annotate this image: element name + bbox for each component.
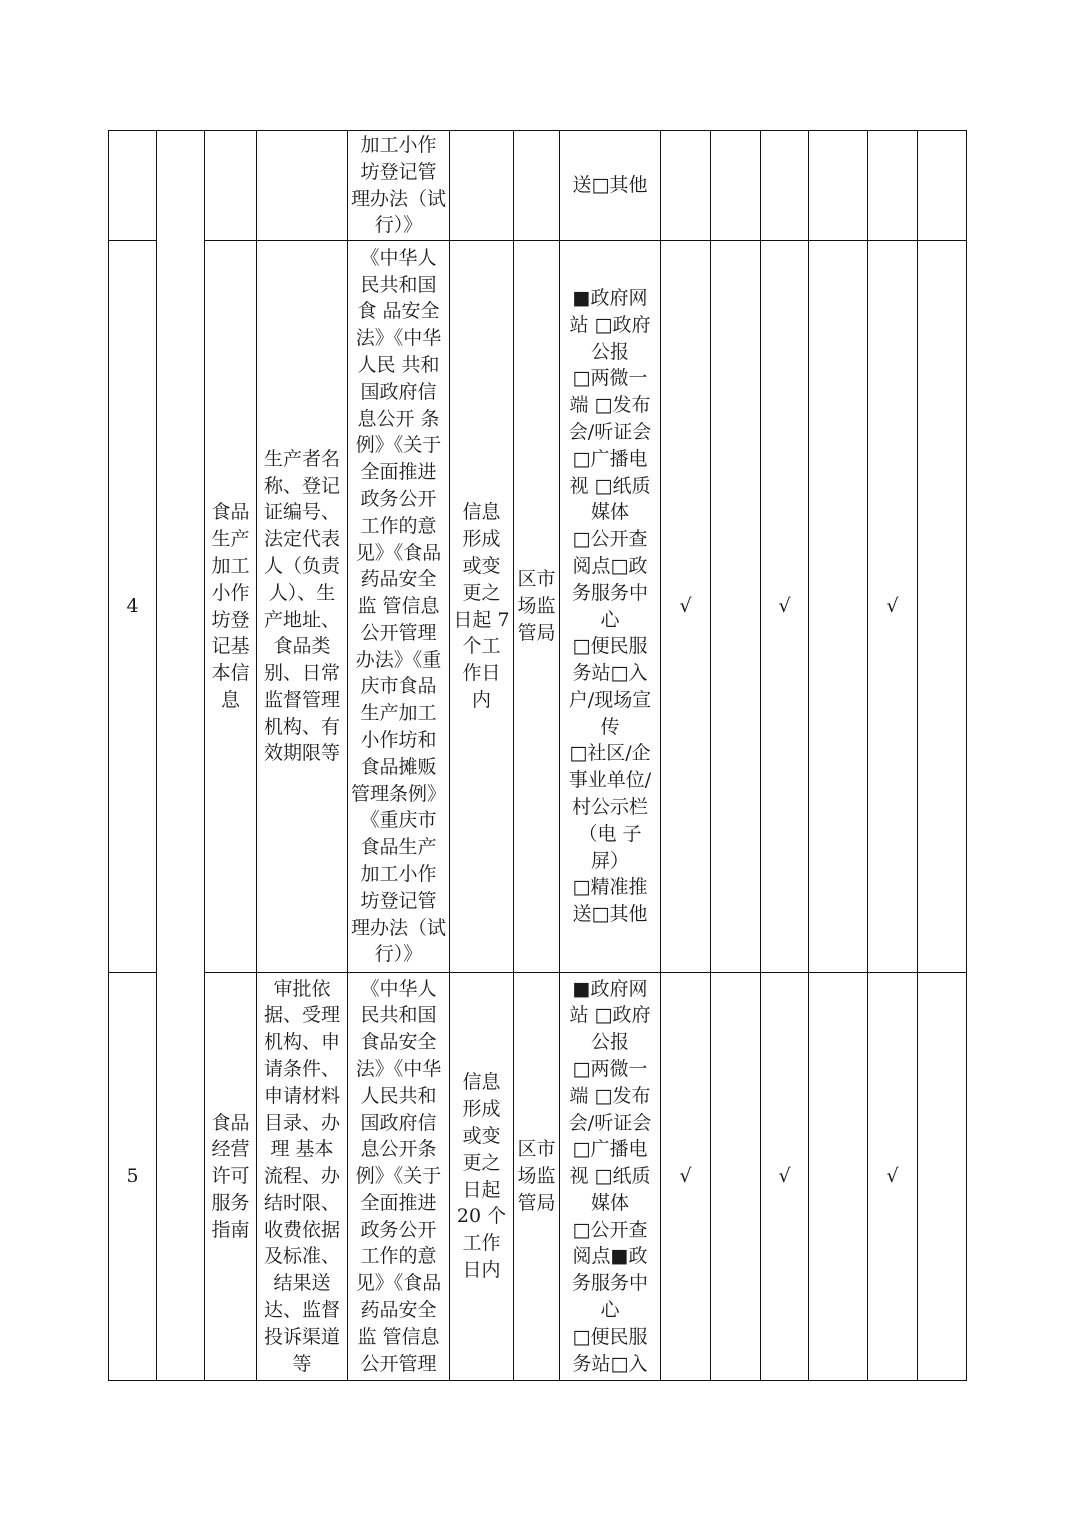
cell-text-line: 场监 xyxy=(515,1163,558,1190)
cell-text-line: 审批依 xyxy=(258,976,346,1003)
cell-text-line: 药品安全 xyxy=(349,566,448,593)
cell-text-line: 生产者名 xyxy=(258,446,346,473)
cell-text-line: 流程、办 xyxy=(258,1163,346,1190)
check-cell xyxy=(809,131,868,241)
cell-text-line: □便民服 xyxy=(561,1324,659,1351)
cell-text-line: 坊登 xyxy=(206,607,255,634)
cell-text-line: 站 □政府 xyxy=(561,312,659,339)
cell-text-line: 工作的意 xyxy=(349,513,448,540)
time-limit-cell: 信息形成或变更之日起 7个工作日内 xyxy=(450,241,514,973)
table-row: 4 食品生产加工小作坊登记基本信息 生产者名称、登记证编号、法定代表人（负责人）… xyxy=(109,241,967,973)
cell-text-line: 加工 xyxy=(206,553,255,580)
item-cell xyxy=(205,131,257,241)
cell-text-line: 《中华人 xyxy=(349,245,448,272)
seq-cell: 5 xyxy=(109,973,157,1381)
cell-text-line: 理办法（试 xyxy=(349,915,448,942)
cell-text-line: 申请材料 xyxy=(258,1083,346,1110)
cell-text-line: 公报 xyxy=(561,1029,659,1056)
cell-text-line: 监 管信息 xyxy=(349,1324,448,1351)
cell-text-line: 行）》 xyxy=(349,941,448,968)
check-cell xyxy=(809,241,868,973)
cell-text-line: 坊登记管 xyxy=(349,888,448,915)
cell-text-line: 屏） xyxy=(561,848,659,875)
content-cell xyxy=(257,131,348,241)
cell-text-line: 形成 xyxy=(451,1096,512,1123)
cell-text-line: 人（负责 xyxy=(258,553,346,580)
cell-text-line: □公开查 xyxy=(561,1217,659,1244)
cell-text-line: 送□其他 xyxy=(561,901,659,928)
cell-text-line: 等 xyxy=(258,1351,346,1378)
check-cell: √ xyxy=(868,973,918,1381)
check-cell: √ xyxy=(661,973,711,1381)
cell-text-line: 证编号、 xyxy=(258,499,346,526)
cell-text-line: 视 □纸质 xyxy=(561,1163,659,1190)
cell-text-line: 送□其他 xyxy=(561,172,659,199)
cell-text-line: □公开查 xyxy=(561,526,659,553)
check-cell xyxy=(711,241,761,973)
cell-text-line: 媒体 xyxy=(561,499,659,526)
cell-text-line: 食品摊贩 xyxy=(349,754,448,781)
cell-text-line: 务服务中 xyxy=(561,1270,659,1297)
cell-text-line: 称、登记 xyxy=(258,473,346,500)
cell-text-line: □社区/企 xyxy=(561,740,659,767)
basis-cell: 《中华人民共和国食 品安全法》《中华人民 共和国政府信息公开 条例》《关于全面推… xyxy=(348,241,450,973)
cell-text-line: 公开管理 xyxy=(349,620,448,647)
item-cell: 食品经营许可服务指南 xyxy=(205,973,257,1381)
cell-text-line: 监督管理 xyxy=(258,687,346,714)
cell-text-line: 结果送 xyxy=(258,1270,346,1297)
cell-text-line: 食品 xyxy=(206,499,255,526)
cell-text-line: 视 □纸质 xyxy=(561,473,659,500)
content-cell: 审批依据、受理机构、申请条件、申请材料目录、办理 基本流程、办结时限、收费依据及… xyxy=(257,973,348,1381)
cell-text-line: 日起 xyxy=(451,1177,512,1204)
cell-text-line: 例》《关于 xyxy=(349,432,448,459)
cell-text-line: 媒体 xyxy=(561,1190,659,1217)
cell-text-line: 场监 xyxy=(515,593,558,620)
cell-text-line: □精准推 xyxy=(561,874,659,901)
cell-text-line: 公报 xyxy=(561,339,659,366)
check-cell xyxy=(711,973,761,1381)
cell-text-line: 心 xyxy=(561,1297,659,1324)
cell-text-line: 信息 xyxy=(451,1069,512,1096)
agency-cell: 区市场监管局 xyxy=(514,241,560,973)
cell-text-line: 生产加工 xyxy=(349,700,448,727)
cell-text-line: 端 □发布 xyxy=(561,1083,659,1110)
cell-text-line: □两微一 xyxy=(561,365,659,392)
cell-text-line: 事业单位/ xyxy=(561,767,659,794)
cell-text-line: 食品生产 xyxy=(349,834,448,861)
disclosure-table: 加工小作坊登记管理办法（试行）》 送□其他 4 食品生产加工小作坊登记基本信息 … xyxy=(108,130,967,1381)
cell-text-line: 站 □政府 xyxy=(561,1002,659,1029)
check-cell: √ xyxy=(761,973,809,1381)
cell-text-line: 目录、办 xyxy=(258,1110,346,1137)
cell-text-line: 机构、申 xyxy=(258,1029,346,1056)
cell-text-line: 例》《关于 xyxy=(349,1163,448,1190)
cell-text-line: 端 □发布 xyxy=(561,392,659,419)
cell-text-line: 阅点□政 xyxy=(561,553,659,580)
cell-text-line: 信息 xyxy=(451,499,512,526)
cell-text-line: 理 基本 xyxy=(258,1136,346,1163)
cell-text-line: 经营 xyxy=(206,1136,255,1163)
cell-text-line: 食品类 xyxy=(258,633,346,660)
cell-text-line: 日内 xyxy=(451,1257,512,1284)
check-cell xyxy=(918,131,967,241)
cell-text-line: （电 子 xyxy=(561,821,659,848)
cell-text-line: 息公开 条 xyxy=(349,406,448,433)
seq-cell xyxy=(109,131,157,241)
check-cell xyxy=(661,131,711,241)
table-row: 5 食品经营许可服务指南 审批依据、受理机构、申请条件、申请材料目录、办理 基本… xyxy=(109,973,967,1381)
cell-text-line: 日起 7 xyxy=(451,607,512,634)
cell-text-line: 人）、生 xyxy=(258,580,346,607)
cell-text-line: 食品 xyxy=(206,1110,255,1137)
cell-text-line: 全面推进 xyxy=(349,1190,448,1217)
check-cell: √ xyxy=(761,241,809,973)
agency-cell xyxy=(514,131,560,241)
cell-text-line: 国政府信 xyxy=(349,1110,448,1137)
cell-text-line: 会/听证会 xyxy=(561,1110,659,1137)
content-cell: 生产者名称、登记证编号、法定代表人（负责人）、生产地址、食品类别、日常监督管理机… xyxy=(257,241,348,973)
cell-text-line: 别、日常 xyxy=(258,660,346,687)
check-cell xyxy=(809,973,868,1381)
cell-text-line: 阅点■政 xyxy=(561,1243,659,1270)
cell-text-line: 务站□入 xyxy=(561,660,659,687)
cell-text-line: 或变 xyxy=(451,553,512,580)
cell-text-line: 指南 xyxy=(206,1217,255,1244)
cell-text-line: 公开管理 xyxy=(349,1351,448,1378)
cell-text-line: 户/现场宣 xyxy=(561,687,659,714)
cell-text-line: 区市 xyxy=(515,566,558,593)
check-cell xyxy=(711,131,761,241)
cell-text-line: 村公示栏 xyxy=(561,794,659,821)
cell-text-line: 内 xyxy=(451,687,512,714)
cell-text-line: 或变 xyxy=(451,1123,512,1150)
cell-text-line: 工作的意 xyxy=(349,1243,448,1270)
cell-text-line: 务服务中 xyxy=(561,580,659,607)
cell-text-line: 法》《中华 xyxy=(349,1056,448,1083)
check-cell: √ xyxy=(868,241,918,973)
cell-text-line: 个工 xyxy=(451,633,512,660)
check-cell xyxy=(868,131,918,241)
cell-text-line: 管理条例》 xyxy=(349,781,448,808)
cell-text-line: 行）》 xyxy=(349,212,448,239)
cell-text-line: 息公开条 xyxy=(349,1136,448,1163)
check-cell: √ xyxy=(661,241,711,973)
time-limit-cell: 信息形成或变更之日起20 个工作日内 xyxy=(450,973,514,1381)
cell-text-line: 坊登记管 xyxy=(349,159,448,186)
cell-text-line: 产地址、 xyxy=(258,607,346,634)
cell-text-line: ■政府网 xyxy=(561,285,659,312)
cell-text-line: 务站□入 xyxy=(561,1351,659,1378)
cell-text-line: 管局 xyxy=(515,620,558,647)
agency-cell: 区市场监管局 xyxy=(514,973,560,1381)
cell-text-line: 管局 xyxy=(515,1190,558,1217)
cell-text-line: 生产 xyxy=(206,526,255,553)
cell-text-line: 加工小作 xyxy=(349,132,448,159)
seq-cell: 4 xyxy=(109,241,157,973)
cell-text-line: 理办法（试 xyxy=(349,186,448,213)
channels-cell: ■政府网站 □政府公报□两微一端 □发布会/听证会□广播电视 □纸质媒体□公开查… xyxy=(560,241,661,973)
check-cell xyxy=(918,241,967,973)
category-merged-cell xyxy=(157,131,205,1381)
basis-cell: 加工小作坊登记管理办法（试行）》 xyxy=(348,131,450,241)
cell-text-line: □广播电 xyxy=(561,1136,659,1163)
cell-text-line: 政务公开 xyxy=(349,1217,448,1244)
cell-text-line: 请条件、 xyxy=(258,1056,346,1083)
cell-text-line: ■政府网 xyxy=(561,976,659,1003)
cell-text-line: 庆市食品 xyxy=(349,673,448,700)
cell-text-line: 结时限、 xyxy=(258,1190,346,1217)
cell-text-line: 人民 共和 xyxy=(349,352,448,379)
cell-text-line: 《重庆市 xyxy=(349,807,448,834)
cell-text-line: 民共和国 xyxy=(349,1002,448,1029)
cell-text-line: □广播电 xyxy=(561,446,659,473)
cell-text-line: □便民服 xyxy=(561,633,659,660)
cell-text-line: 食品安全 xyxy=(349,1029,448,1056)
cell-text-line: 更之 xyxy=(451,1150,512,1177)
cell-text-line: 办法》《重 xyxy=(349,647,448,674)
cell-text-line: 形成 xyxy=(451,526,512,553)
cell-text-line: 政务公开 xyxy=(349,486,448,513)
cell-text-line: 许可 xyxy=(206,1163,255,1190)
cell-text-line: 本信 xyxy=(206,660,255,687)
cell-text-line: 20 个 xyxy=(451,1203,512,1230)
cell-text-line: 《中华人 xyxy=(349,976,448,1003)
cell-text-line: 法》《中华 xyxy=(349,325,448,352)
cell-text-line: 作日 xyxy=(451,660,512,687)
cell-text-line: 全面推进 xyxy=(349,459,448,486)
check-cell xyxy=(761,131,809,241)
channels-cell: ■政府网站 □政府公报□两微一端 □发布会/听证会□广播电视 □纸质媒体□公开查… xyxy=(560,973,661,1381)
channels-cell: 送□其他 xyxy=(560,131,661,241)
table-row-continuation: 加工小作坊登记管理办法（试行）》 送□其他 xyxy=(109,131,967,241)
cell-text-line: 记基 xyxy=(206,633,255,660)
cell-text-line: 效期限等 xyxy=(258,740,346,767)
cell-text-line: 小作坊和 xyxy=(349,727,448,754)
cell-text-line: 服务 xyxy=(206,1190,255,1217)
cell-text-line: 据、受理 xyxy=(258,1002,346,1029)
cell-text-line: 更之 xyxy=(451,580,512,607)
cell-text-line: 息 xyxy=(206,687,255,714)
cell-text-line: 监 管信息 xyxy=(349,593,448,620)
cell-text-line: 见》《食品 xyxy=(349,540,448,567)
cell-text-line: 心 xyxy=(561,607,659,634)
cell-text-line: 加工小作 xyxy=(349,861,448,888)
cell-text-line: 区市 xyxy=(515,1136,558,1163)
cell-text-line: 人民共和 xyxy=(349,1083,448,1110)
cell-text-line: 及标准、 xyxy=(258,1243,346,1270)
cell-text-line: 达、监督 xyxy=(258,1297,346,1324)
cell-text-line: 小作 xyxy=(206,580,255,607)
cell-text-line: 机构、有 xyxy=(258,714,346,741)
time-limit-cell xyxy=(450,131,514,241)
check-cell xyxy=(918,973,967,1381)
cell-text-line: 药品安全 xyxy=(349,1297,448,1324)
item-cell: 食品生产加工小作坊登记基本信息 xyxy=(205,241,257,973)
cell-text-line: 收费依据 xyxy=(258,1217,346,1244)
cell-text-line: 民共和国 xyxy=(349,272,448,299)
cell-text-line: 会/听证会 xyxy=(561,419,659,446)
cell-text-line: 见》《食品 xyxy=(349,1270,448,1297)
cell-text-line: 法定代表 xyxy=(258,526,346,553)
cell-text-line: 传 xyxy=(561,714,659,741)
cell-text-line: 国政府信 xyxy=(349,379,448,406)
cell-text-line: 投诉渠道 xyxy=(258,1324,346,1351)
cell-text-line: 食 品安全 xyxy=(349,298,448,325)
cell-text-line: □两微一 xyxy=(561,1056,659,1083)
basis-cell: 《中华人民共和国食品安全法》《中华人民共和国政府信息公开条例》《关于全面推进政务… xyxy=(348,973,450,1381)
cell-text-line: 工作 xyxy=(451,1230,512,1257)
